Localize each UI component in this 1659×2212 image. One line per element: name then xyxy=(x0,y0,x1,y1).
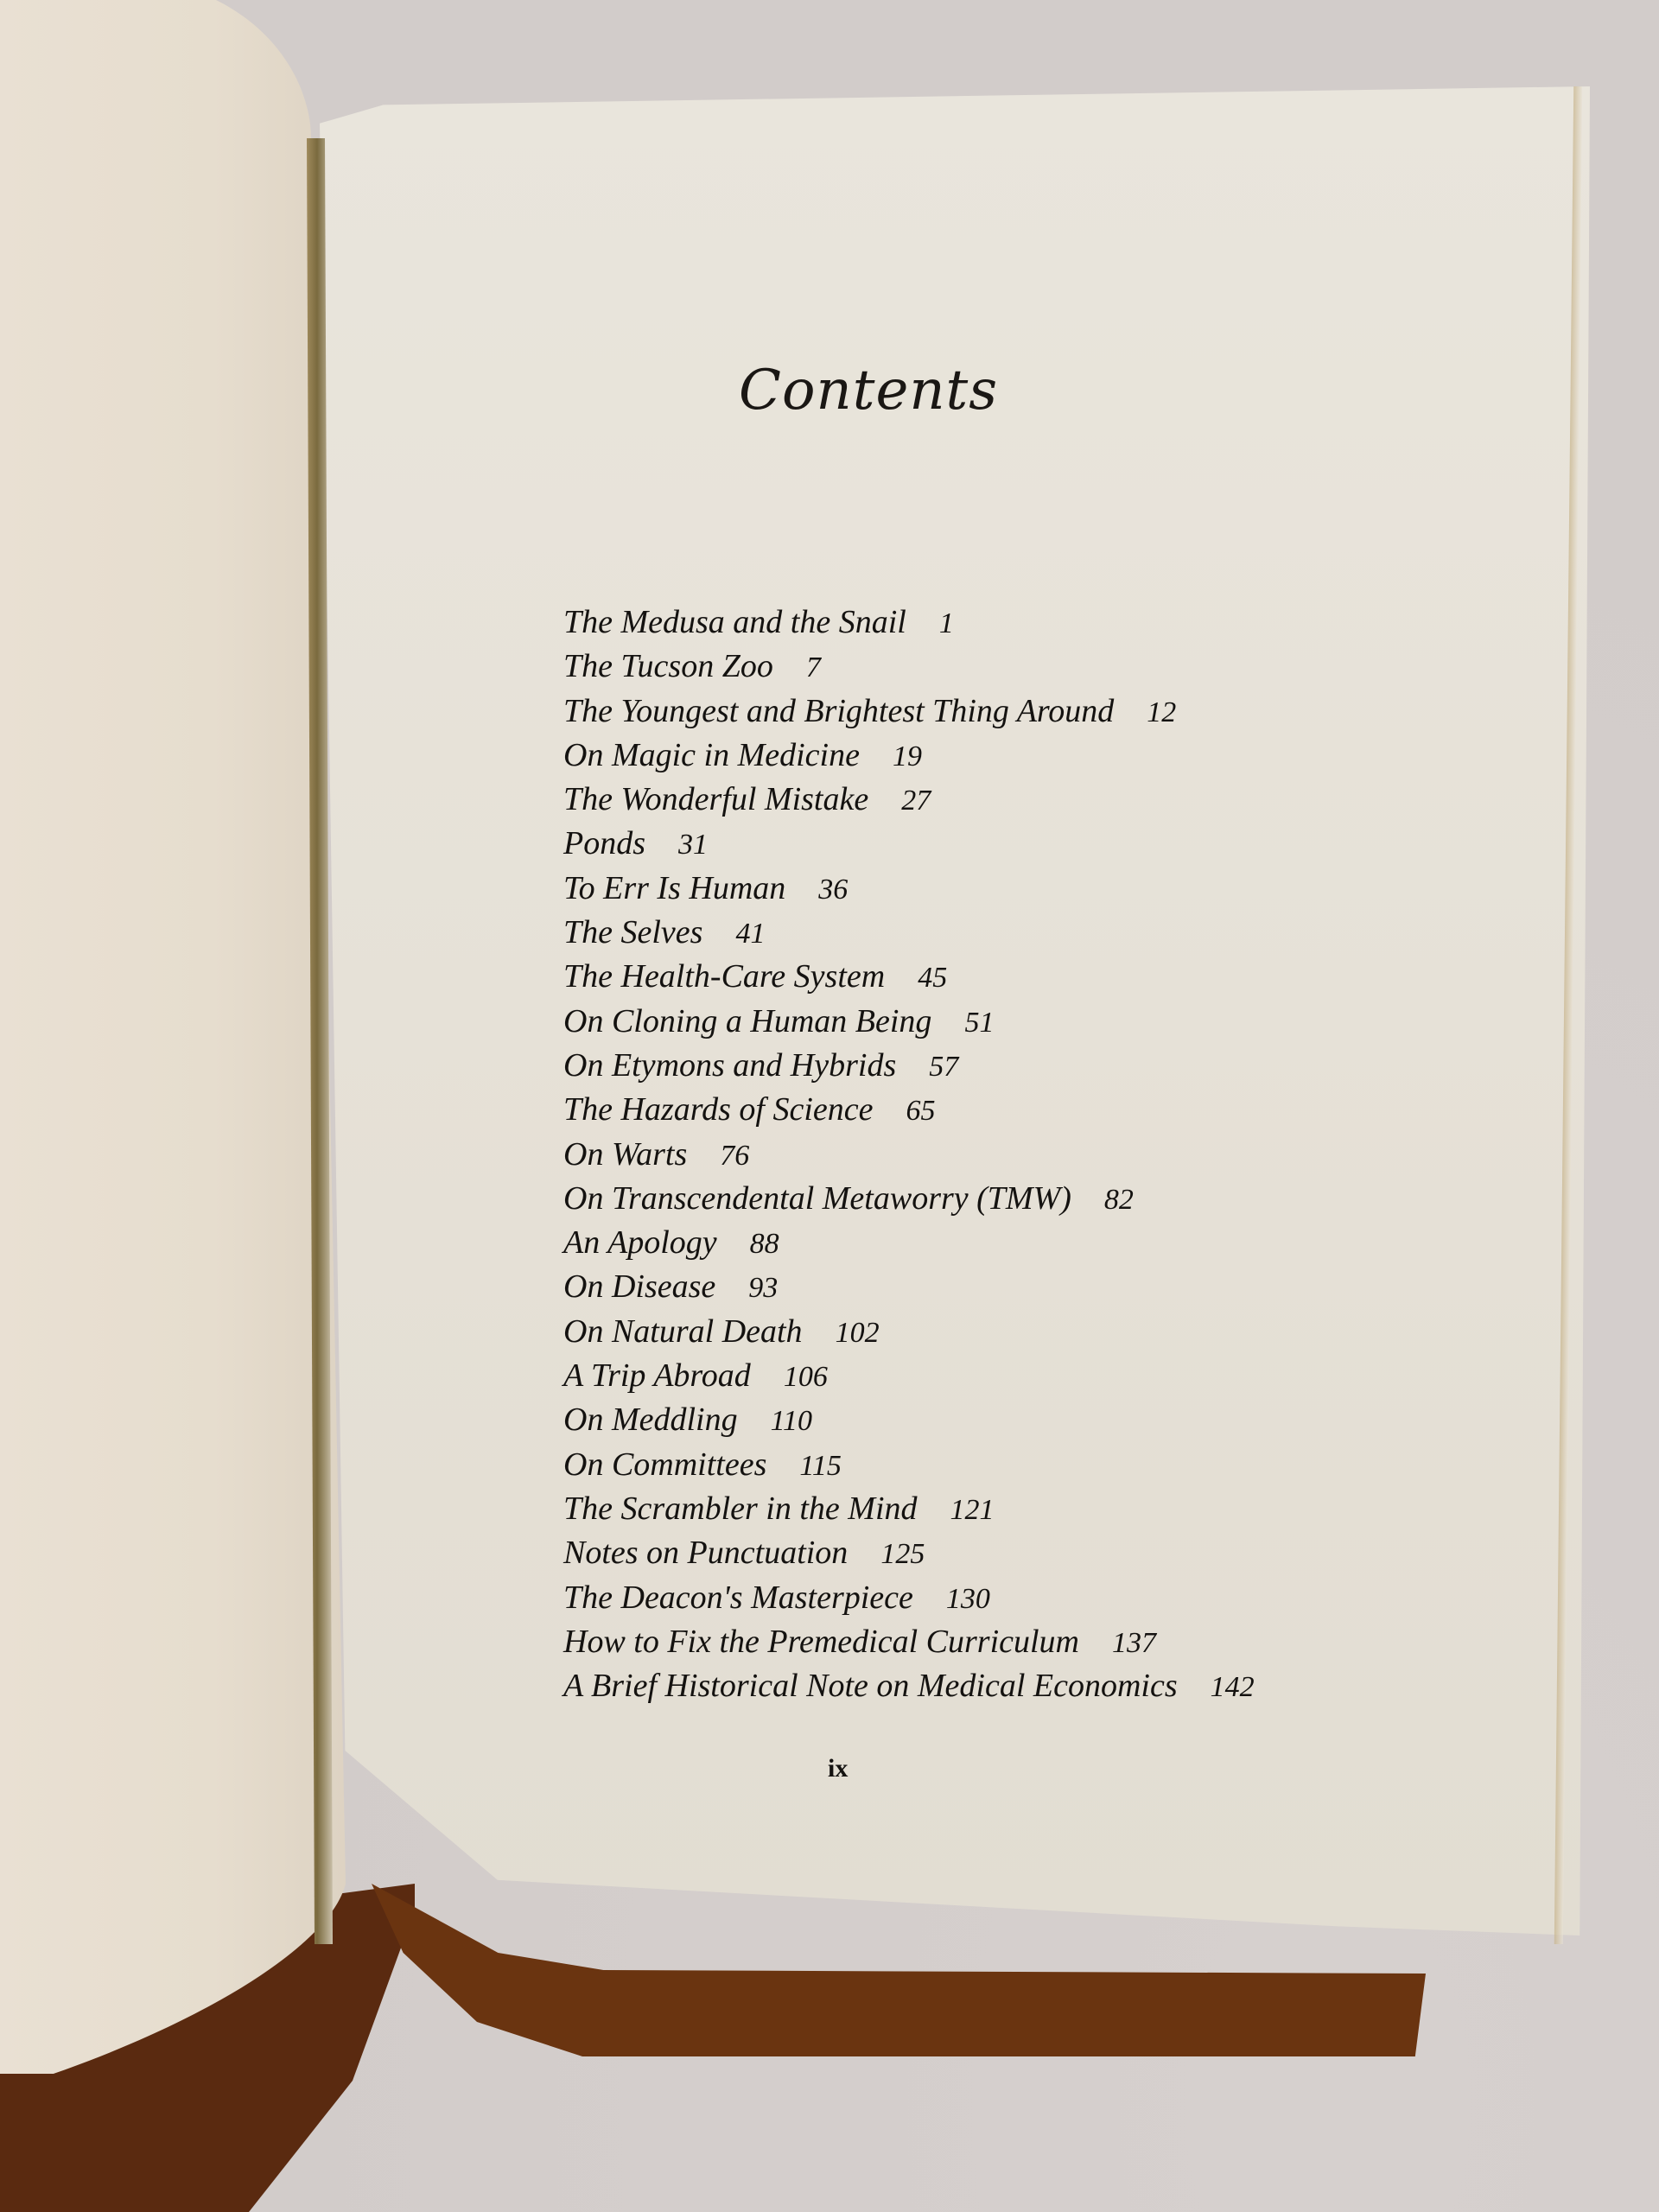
toc-entry: The Selves41 xyxy=(563,911,1341,955)
toc-entry: The Deacon's Masterpiece130 xyxy=(563,1576,1341,1620)
toc-entry-title: How to Fix the Premedical Curriculum xyxy=(563,1624,1079,1660)
toc-entry: Ponds31 xyxy=(563,822,1341,866)
toc-entry-title: The Youngest and Brightest Thing Around xyxy=(563,693,1114,729)
toc-entry: The Scrambler in the Mind121 xyxy=(563,1487,1341,1531)
toc-entry-page: 65 xyxy=(906,1095,935,1127)
toc-entry-page: 130 xyxy=(946,1583,990,1615)
toc-entry: A Brief Historical Note on Medical Econo… xyxy=(563,1664,1341,1708)
toc-entry-page: 45 xyxy=(918,962,947,994)
toc-entry-title: On Magic in Medicine xyxy=(563,737,860,773)
toc-entry-title: On Natural Death xyxy=(563,1313,803,1350)
table-of-contents: The Medusa and the Snail1 The Tucson Zoo… xyxy=(563,601,1341,1708)
toc-entry-title: To Err Is Human xyxy=(563,870,785,906)
toc-entry-page: 125 xyxy=(880,1538,925,1570)
toc-entry-page: 31 xyxy=(678,829,708,861)
toc-entry-page: 137 xyxy=(1112,1627,1156,1659)
toc-entry-title: On Warts xyxy=(563,1136,687,1173)
toc-entry-page: 19 xyxy=(893,741,922,772)
toc-entry-title: An Apology xyxy=(563,1224,717,1261)
toc-entry-title: On Etymons and Hybrids xyxy=(563,1047,896,1084)
toc-entry: On Magic in Medicine19 xyxy=(563,734,1341,778)
toc-entry: On Disease93 xyxy=(563,1265,1341,1309)
toc-entry-page: 106 xyxy=(784,1361,828,1393)
toc-entry-title: Ponds xyxy=(563,825,645,861)
toc-entry: On Meddling110 xyxy=(563,1398,1341,1442)
toc-entry: The Youngest and Brightest Thing Around1… xyxy=(563,690,1341,734)
toc-entry: How to Fix the Premedical Curriculum137 xyxy=(563,1620,1341,1664)
toc-entry: On Cloning a Human Being51 xyxy=(563,1000,1341,1044)
page-number: ix xyxy=(828,1754,848,1783)
toc-entry-page: 88 xyxy=(750,1228,779,1260)
toc-entry-page: 51 xyxy=(964,1007,994,1039)
toc-entry-page: 36 xyxy=(818,874,848,906)
page-title: Contents xyxy=(739,359,998,423)
toc-entry-title: A Trip Abroad xyxy=(563,1357,751,1394)
toc-entry-title: The Tucson Zoo xyxy=(563,648,773,684)
toc-entry-page: 102 xyxy=(836,1317,880,1349)
toc-entry: On Transcendental Metaworry (TMW)82 xyxy=(563,1177,1341,1221)
toc-entry-page: 57 xyxy=(929,1051,958,1083)
toc-entry-title: The Scrambler in the Mind xyxy=(563,1491,918,1527)
toc-entry-page: 142 xyxy=(1211,1671,1255,1703)
toc-entry-title: The Medusa and the Snail xyxy=(563,604,906,640)
toc-entry: The Medusa and the Snail1 xyxy=(563,601,1341,645)
toc-entry: On Etymons and Hybrids57 xyxy=(563,1044,1341,1088)
toc-entry: The Tucson Zoo7 xyxy=(563,645,1341,689)
toc-entry-page: 93 xyxy=(748,1272,778,1304)
toc-entry-page: 110 xyxy=(771,1405,812,1437)
toc-entry-title: On Cloning a Human Being xyxy=(563,1003,931,1039)
toc-entry: The Hazards of Science65 xyxy=(563,1088,1341,1132)
toc-entry-title: The Deacon's Masterpiece xyxy=(563,1580,913,1616)
toc-entry: Notes on Punctuation125 xyxy=(563,1531,1341,1575)
toc-entry-page: 82 xyxy=(1104,1184,1134,1216)
toc-entry-page: 76 xyxy=(720,1140,749,1172)
toc-entry-title: The Health-Care System xyxy=(563,958,885,995)
toc-entry: An Apology88 xyxy=(563,1221,1341,1265)
toc-entry-page: 7 xyxy=(806,652,821,683)
toc-entry-title: The Hazards of Science xyxy=(563,1091,873,1128)
toc-entry: The Wonderful Mistake27 xyxy=(563,778,1341,822)
toc-entry-page: 1 xyxy=(939,607,954,639)
toc-entry: On Committees115 xyxy=(563,1443,1341,1487)
toc-entry-page: 121 xyxy=(950,1494,995,1526)
toc-entry-title: On Disease xyxy=(563,1268,715,1305)
toc-entry: On Warts76 xyxy=(563,1133,1341,1177)
toc-entry-title: Notes on Punctuation xyxy=(563,1535,848,1571)
toc-entry-title: The Selves xyxy=(563,914,702,950)
toc-entry-title: A Brief Historical Note on Medical Econo… xyxy=(563,1668,1178,1704)
toc-entry-title: On Transcendental Metaworry (TMW) xyxy=(563,1180,1071,1217)
toc-entry-title: On Meddling xyxy=(563,1402,738,1438)
left-page xyxy=(0,0,354,2074)
toc-entry: On Natural Death102 xyxy=(563,1310,1341,1354)
toc-entry-title: The Wonderful Mistake xyxy=(563,781,868,817)
toc-entry: To Err Is Human36 xyxy=(563,867,1341,911)
toc-entry-page: 12 xyxy=(1147,696,1176,728)
toc-entry: The Health-Care System45 xyxy=(563,955,1341,999)
toc-entry-title: On Committees xyxy=(563,1446,766,1483)
toc-entry: A Trip Abroad106 xyxy=(563,1354,1341,1398)
toc-entry-page: 27 xyxy=(901,785,931,817)
toc-entry-page: 115 xyxy=(799,1450,841,1482)
toc-entry-page: 41 xyxy=(735,918,765,950)
